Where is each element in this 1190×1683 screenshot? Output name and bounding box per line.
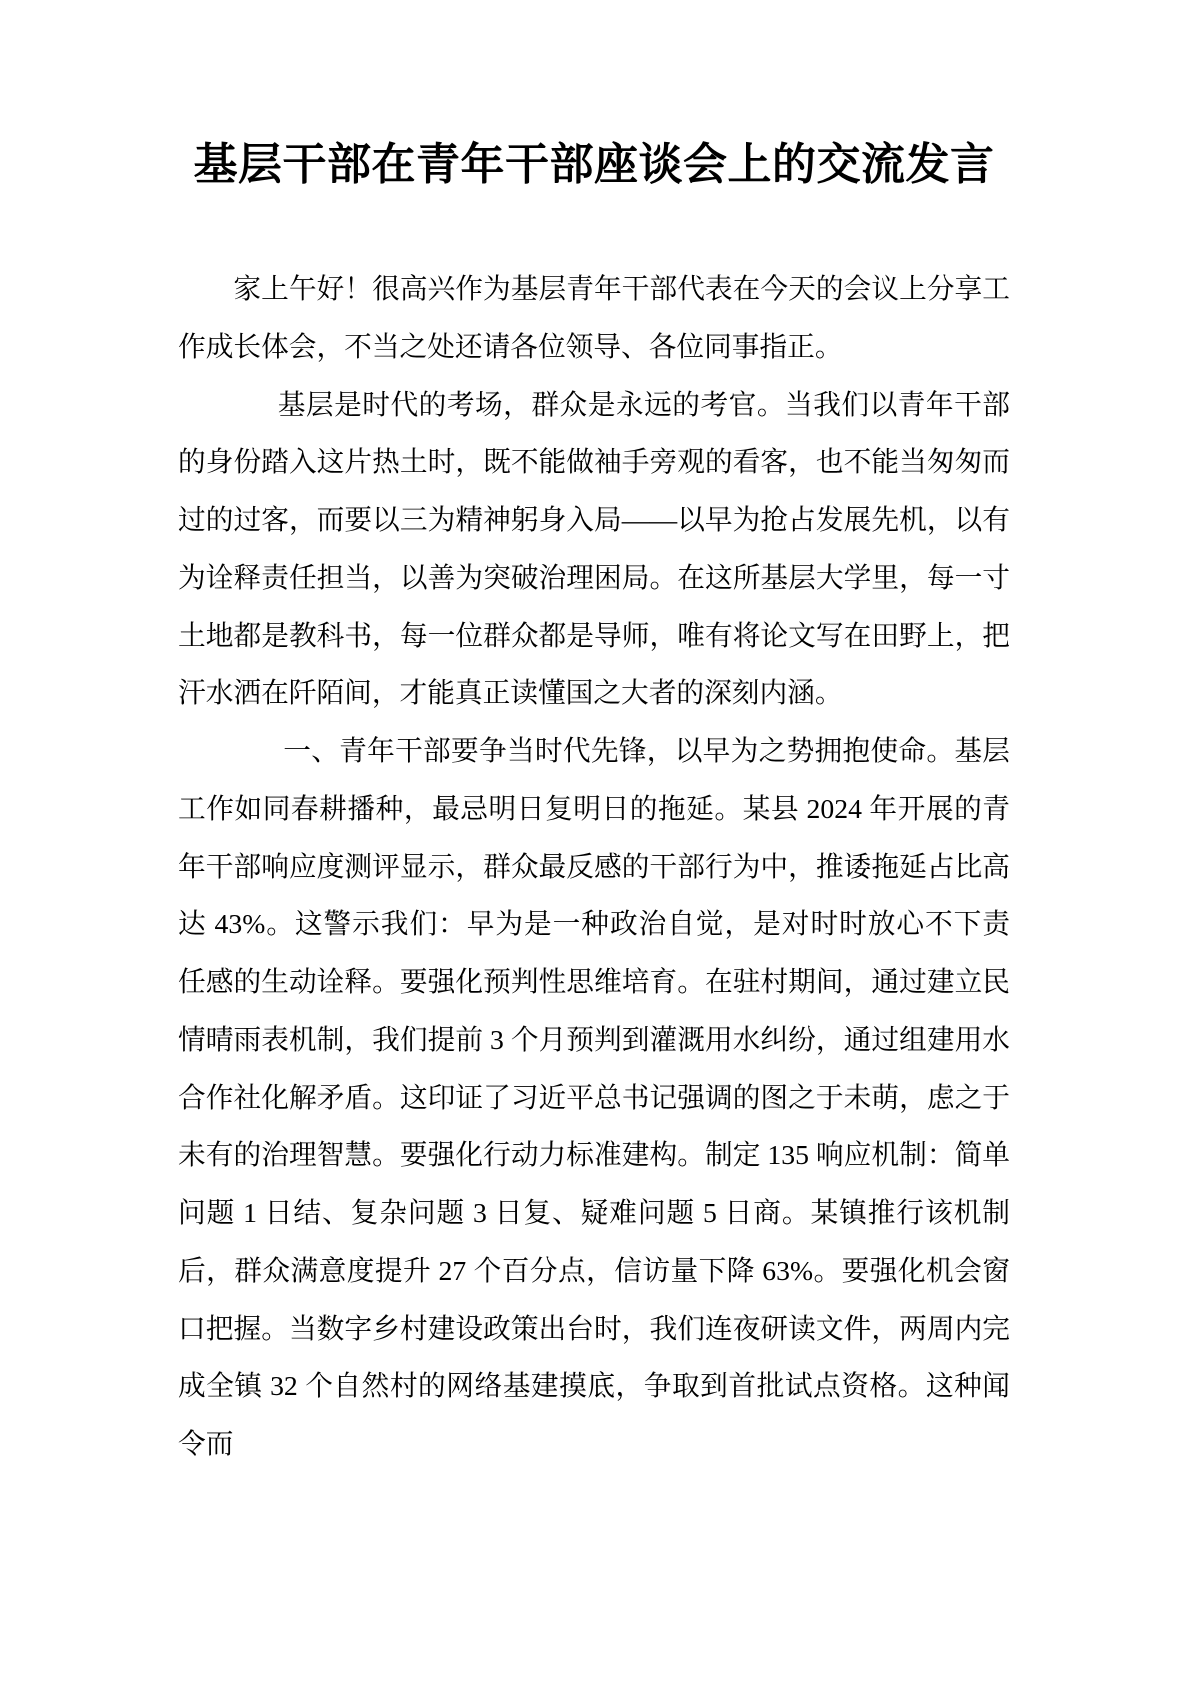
paragraph-intro: 基层是时代的考场，群众是永远的考官。当我们以青年干部的身份踏入这片热土时，既不能… (178, 376, 1010, 723)
paragraph-greeting: 家上午好！很高兴作为基层青年干部代表在今天的会议上分享工作成长体会，不当之处还请… (178, 260, 1010, 376)
document-title: 基层干部在青年干部座谈会上的交流发言 (178, 136, 1010, 194)
document-page: 基层干部在青年干部座谈会上的交流发言 家上午好！很高兴作为基层青年干部代表在今天… (0, 0, 1190, 1683)
paragraph-section-1: 一、青年干部要争当时代先锋，以早为之势拥抱使命。基层工作如同春耕播种，最忌明日复… (178, 722, 1010, 1473)
